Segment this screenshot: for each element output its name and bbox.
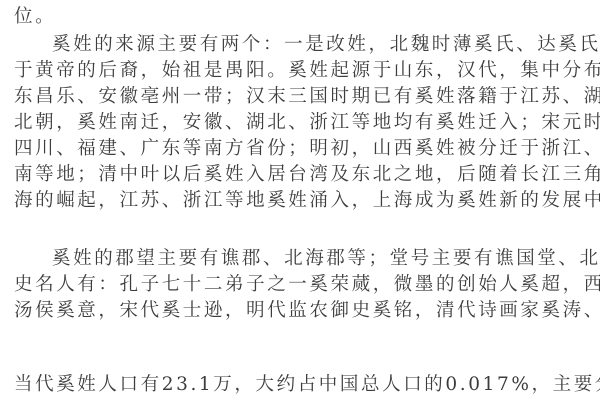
- text-line: 当代奚姓人口有23.1万，大约占中国总人口的0.017%，主要分布于江苏、上海、…: [14, 372, 600, 398]
- text-line: 汤侯奚意，宋代奚士逊，明代监农御史奚铭，清代诗画家奚涛、篆刻家奚冈等。: [14, 298, 600, 324]
- text-line: 东昌乐、安徽亳州一带；汉末三国时期已有奚姓落籍于江苏、湖南省境；两晋南: [14, 84, 600, 110]
- text-line: 史名人有：孔子七十二弟子之一奚荣蒇，微墨的创始人奚超，西汉鲁侯奚涓、成: [14, 272, 600, 298]
- text-line: 南等地；清中叶以后奚姓入居台湾及东北之地，后随着长江三角洲的开发，大上: [14, 162, 600, 188]
- text-line: 海的崛起，江苏、浙江等地奚姓涌入，上海成为奚姓新的发展中心。: [14, 188, 600, 214]
- text-line: 四川、福建、广东等南方省份；明初，山西奚姓被分迁于浙江、江苏、湖北、湖: [14, 136, 600, 162]
- text-line: 位。: [14, 4, 56, 30]
- text-line: 于黄帝的后裔，始祖是禺阳。奚姓起源于山东，汉代，集中分布于陕西西安、山: [14, 58, 600, 84]
- text-line: 北朝，奚姓南迁，安徽、湖北、浙江等地均有奚姓迁入；宋元时期，奚姓扩展至: [14, 110, 600, 136]
- paragraph-origin-start: 奚姓的来源主要有两个：一是改姓，北魏时薄奚氏、达奚氏均改奚氏。二是源: [14, 32, 600, 58]
- paragraph-commandery-start: 奚姓的郡望主要有谯郡、北海郡等；堂号主要有谯国堂、北海堂等。奚姓的历: [14, 246, 600, 272]
